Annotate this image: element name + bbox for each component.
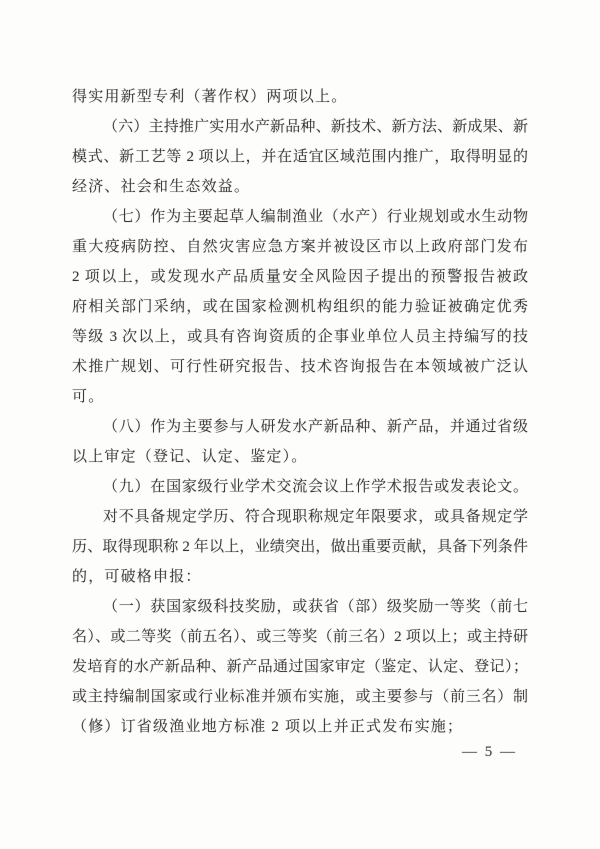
text-line: 以上审定（登记、认定、鉴定）。 xyxy=(72,442,528,472)
text-line: 术推广规划、可行性研究报告、技术咨询报告在本领域被广泛认 xyxy=(72,352,528,382)
text-line: 府相关部门采纳，或在国家检测机构组织的能力验证被确定优秀 xyxy=(72,292,528,322)
document-body: 得实用新型专利（著作权）两项以上。（六）主持推广实用水产新品种、新技术、新方法、… xyxy=(72,82,528,742)
text-line: 对不具备规定学历、符合现职称规定年限要求，或具备规定学 xyxy=(72,502,528,532)
text-line: （一）获国家级科技奖励，或获省（部）级奖励一等奖（前七 xyxy=(72,592,528,622)
text-line: 重大疫病防控、自然灾害应急方案并被设区市以上政府部门发布 xyxy=(72,232,528,262)
text-line: （八）作为主要参与人研发水产新品种、新产品，并通过省级 xyxy=(72,412,528,442)
text-line: 可。 xyxy=(72,382,528,412)
text-line: （七）作为主要起草人编制渔业（水产）行业规划或水生动物 xyxy=(72,202,528,232)
text-line: 或主持编制国家或行业标准并颁布实施，或主要参与（前三名）制 xyxy=(72,682,528,712)
text-line: （六）主持推广实用水产新品种、新技术、新方法、新成果、新 xyxy=(72,112,528,142)
text-line: 历、取得现职称 2 年以上，业绩突出，做出重要贡献，具备下列条件 xyxy=(72,532,528,562)
text-line: 等级 3 次以上，或具有咨询资质的企事业单位人员主持编写的技 xyxy=(72,322,528,352)
text-line: （九）在国家级行业学术交流会议上作学术报告或发表论文。 xyxy=(72,472,528,502)
text-line: （修）订省级渔业地方标准 2 项以上并正式发布实施； xyxy=(72,712,528,742)
text-line: 得实用新型专利（著作权）两项以上。 xyxy=(72,82,528,112)
text-line: 经济、社会和生态效益。 xyxy=(72,172,528,202)
text-line: 的，可破格申报： xyxy=(72,562,528,592)
page-number: — 5 — xyxy=(0,740,517,764)
document-page: 得实用新型专利（著作权）两项以上。（六）主持推广实用水产新品种、新技术、新方法、… xyxy=(0,0,600,849)
text-line: 模式、新工艺等 2 项以上，并在适宜区域范围内推广，取得明显的 xyxy=(72,142,528,172)
text-line: 名）、或二等奖（前五名）、或三等奖（前三名）2 项以上；或主持研 xyxy=(72,622,528,652)
text-line: 2 项以上，或发现水产品质量安全风险因子提出的预警报告被政 xyxy=(72,262,528,292)
text-line: 发培育的水产新品种、新产品通过国家审定（鉴定、认定、登记）； xyxy=(72,652,528,682)
